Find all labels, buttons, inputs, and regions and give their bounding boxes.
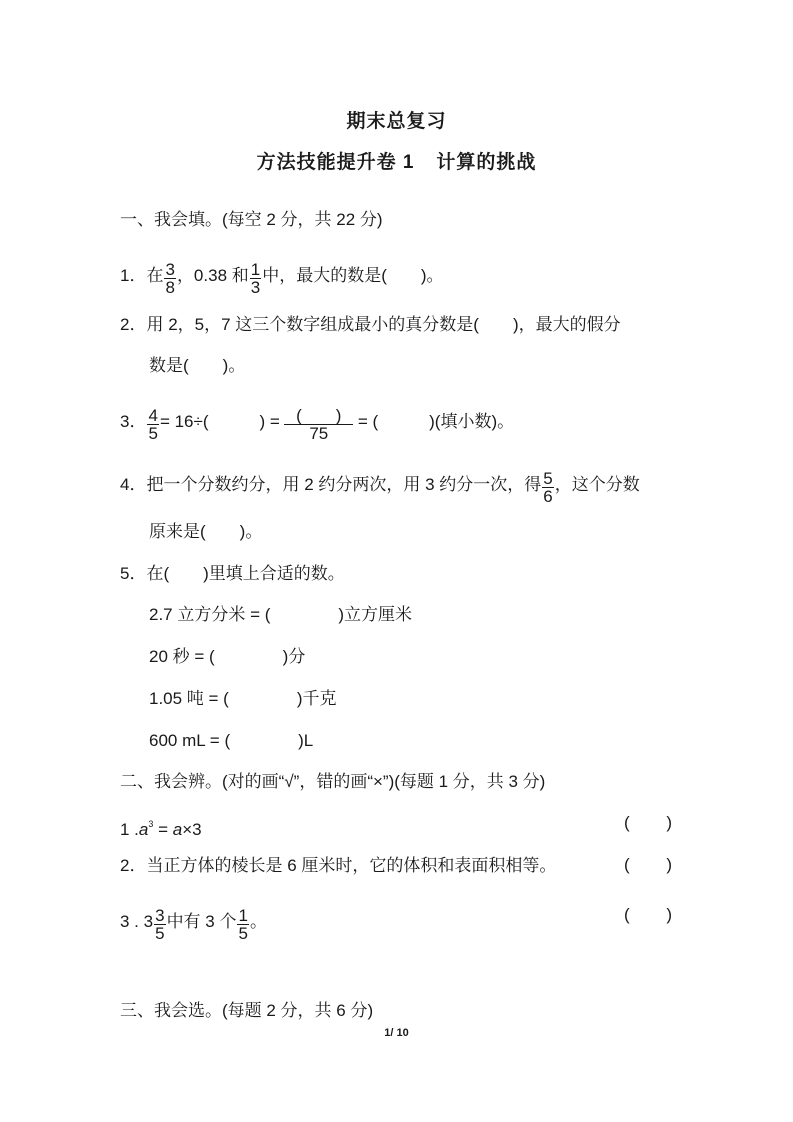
question-text: =: [153, 820, 172, 839]
subtitle-right: 计算的挑战: [436, 152, 536, 173]
denominator: 75: [308, 425, 329, 442]
question-1-5: 5．在( )里填上合适的数。: [120, 563, 345, 585]
numerator: 1: [250, 261, 261, 279]
question-text: 把一个分数约分，用 2 约分两次，用 3 约分一次，得: [146, 475, 541, 494]
question-text: 。: [250, 912, 267, 931]
section2-heading: 二、我会辨。(对的画“√”，错的画“×”)(每题 1 分，共 3 分): [120, 771, 545, 793]
document-subtitle: 方法技能提升卷 1计算的挑战: [0, 147, 793, 174]
question-number: 4．: [120, 475, 146, 494]
question-number: 3 . 3: [120, 912, 153, 931]
paren-left: (: [624, 905, 630, 925]
numerator: 3: [154, 907, 165, 925]
question-number: 1 .: [120, 820, 139, 839]
question-number: 2．: [120, 315, 146, 334]
section3-heading: 三、我会选。(每题 2 分，共 6 分): [120, 1000, 373, 1022]
fraction-1-5: 15: [237, 907, 248, 942]
conversion-item-2: 20 秒 = ( )分: [149, 646, 305, 668]
fraction-blank-75: ( )75: [281, 407, 357, 442]
question-1-1: 1．在38，0.38 和13中，最大的数是( )。: [120, 259, 444, 294]
question-2-2: 2．当正方体的棱长是 6 厘米时，它的体积和表面积相等。: [120, 855, 556, 877]
question-text: 当正方体的棱长是 6 厘米时，它的体积和表面积相等。: [146, 856, 556, 875]
paren-left: (: [624, 855, 630, 875]
question-text: 中有 3 个: [167, 912, 237, 931]
question-1-3: 3．45= 16÷( ) =( )75= ( )(填小数)。: [120, 405, 514, 440]
denominator: 5: [237, 925, 248, 942]
fraction-3-5: 35: [154, 907, 165, 942]
subtitle-left: 方法技能提升卷 1: [257, 152, 415, 173]
question-2-1: 1 .a3 = a×3: [120, 813, 202, 841]
question-number: 3．: [120, 412, 146, 431]
question-text: 中，最大的数是( )。: [262, 266, 443, 285]
numerator-blank: ( ): [284, 407, 353, 425]
question-1-4: 4．把一个分数约分，用 2 约分两次，用 3 约分一次，得56，这个分数: [120, 468, 640, 503]
question-1-2: 2．用 2，5，7 这三个数字组成最小的真分数是( )，最大的假分: [120, 314, 621, 336]
conversion-item-3: 1.05 吨 = ( )千克: [149, 688, 337, 710]
paren-right: ): [666, 855, 672, 875]
variable-a: a: [139, 820, 148, 839]
numerator: 3: [164, 261, 175, 279]
question-number: 2．: [120, 856, 146, 875]
fraction-1-3: 13: [250, 261, 261, 296]
denominator: 5: [147, 425, 158, 442]
numerator: 1: [237, 907, 248, 925]
paren-right: ): [666, 813, 672, 833]
question-2-3: 3 . 335中有 3 个15。: [120, 905, 267, 940]
question-1-4-cont: 原来是( )。: [149, 521, 262, 543]
fraction-3-8: 38: [164, 261, 175, 296]
page-number: 1/ 10: [0, 1027, 793, 1039]
denominator: 6: [542, 488, 553, 505]
conversion-item-4: 600 mL = ( )L: [149, 730, 313, 752]
denominator: 8: [164, 279, 175, 296]
section1-heading: 一、我会填。(每空 2 分，共 22 分): [120, 209, 383, 231]
denominator: 5: [154, 925, 165, 942]
question-text: ，这个分数: [555, 475, 640, 494]
denominator: 3: [250, 279, 261, 296]
document-title: 期末总复习: [0, 106, 793, 133]
question-1-2-cont: 数是( )。: [149, 355, 245, 377]
numerator: 4: [147, 407, 158, 425]
fraction-5-6: 56: [542, 470, 553, 505]
question-number: 1．: [120, 266, 146, 285]
question-text: = ( )(填小数)。: [358, 412, 514, 431]
question-text: 在: [146, 266, 163, 285]
question-text: ×3: [182, 820, 201, 839]
fraction-4-5: 45: [147, 407, 158, 442]
question-number: 5．: [120, 564, 146, 583]
variable-a: a: [173, 820, 182, 839]
numerator: 5: [542, 470, 553, 488]
question-text: 用 2，5，7 这三个数字组成最小的真分数是( )，最大的假分: [146, 315, 620, 334]
conversion-item-1: 2.7 立方分米 = ( )立方厘米: [149, 604, 412, 626]
question-text: = 16÷( ) =: [160, 412, 280, 431]
paren-right: ): [666, 905, 672, 925]
question-text: ，0.38 和: [177, 266, 249, 285]
question-text: 在( )里填上合适的数。: [146, 564, 344, 583]
paren-left: (: [624, 813, 630, 833]
